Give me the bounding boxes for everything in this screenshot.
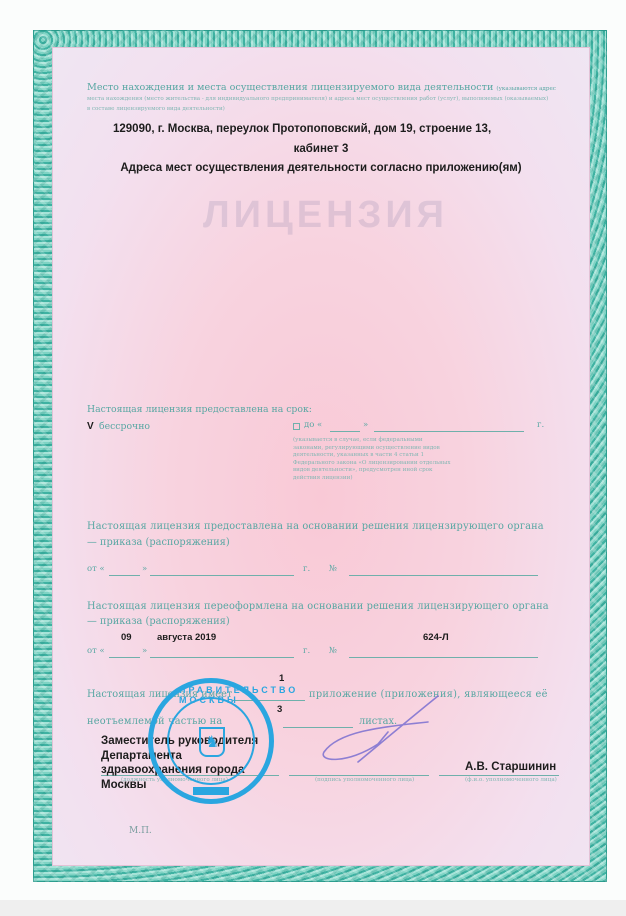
grant-number-label: № bbox=[329, 564, 337, 574]
grant-basis-text-1: Настоящая лицензия предоставлена на осно… bbox=[87, 521, 544, 532]
until-label: до « bbox=[304, 420, 322, 430]
grant-number-field[interactable] bbox=[349, 575, 538, 576]
signature-line bbox=[289, 775, 429, 776]
stamp-bar bbox=[193, 787, 229, 795]
stamp-inner-ring: ♞ bbox=[167, 697, 255, 785]
reissue-number-label: № bbox=[329, 646, 337, 656]
until-day-field[interactable] bbox=[330, 431, 360, 432]
grant-month-year-field[interactable] bbox=[150, 575, 294, 576]
grant-day-field[interactable] bbox=[109, 575, 140, 576]
signature-icon bbox=[318, 692, 458, 772]
reissue-basis-text-2: — приказа (распоряжения) bbox=[87, 616, 230, 627]
reissue-basis-text-1: Настоящая лицензия переоформлена на осно… bbox=[87, 601, 549, 612]
reissue-number-value: 624-Л bbox=[423, 632, 449, 643]
term-label: Настоящая лицензия предоставлена на срок… bbox=[87, 404, 312, 415]
grant-year-suffix: г. bbox=[303, 564, 310, 574]
reissue-day-field[interactable] bbox=[109, 657, 140, 658]
until-quote-close: » bbox=[363, 420, 368, 430]
reissue-month-year-value: августа 2019 bbox=[157, 632, 216, 643]
until-month-year-field[interactable] bbox=[374, 431, 524, 432]
location-note-line-2: места нахождения (место жительства - для… bbox=[87, 96, 587, 104]
reissue-quote-close: » bbox=[142, 646, 147, 656]
signatory-name: А.В. Старшинин bbox=[465, 761, 556, 773]
name-caption: (ф.и.о. уполномоченного лица) bbox=[465, 777, 557, 785]
appendix-count-value: 1 bbox=[279, 673, 284, 684]
reissue-day-value: 09 bbox=[121, 632, 132, 643]
background-watermark: ЛИЦЕНЗИЯ bbox=[203, 194, 448, 237]
location-heading-text: Место нахождения и места осуществления л… bbox=[87, 82, 493, 93]
until-checkbox[interactable] bbox=[293, 423, 300, 430]
until-year-suffix: г. bbox=[537, 420, 544, 430]
address-line-1: 129090, г. Москва, переулок Протопоповск… bbox=[113, 123, 491, 135]
reissue-year-suffix: г. bbox=[303, 646, 310, 656]
reissue-from-label: от « bbox=[87, 646, 105, 656]
name-line bbox=[439, 775, 559, 776]
official-stamp: ПРАВИТЕЛЬСТВО МОСКВЫ ♞ bbox=[148, 678, 274, 804]
appendix-sheets-value: 3 bbox=[277, 704, 282, 715]
indefinite-label: бессрочно bbox=[99, 421, 150, 432]
location-heading-note: (указываются адрес bbox=[496, 86, 556, 92]
reissue-number-field[interactable] bbox=[349, 657, 538, 658]
page-bottom-strip bbox=[0, 900, 626, 916]
seal-label: М.П. bbox=[129, 826, 152, 836]
grant-basis-text-2: — приказа (распоряжения) bbox=[87, 537, 230, 548]
grant-quote-close: » bbox=[142, 564, 147, 574]
indefinite-checkmark[interactable]: V bbox=[87, 421, 94, 432]
address-line-2: кабинет 3 bbox=[53, 143, 589, 155]
moscow-coat-of-arms-icon: ♞ bbox=[199, 727, 225, 757]
activity-places: Адреса мест осуществления деятельности с… bbox=[53, 162, 589, 174]
grant-from-label: от « bbox=[87, 564, 105, 574]
reissue-month-year-field[interactable] bbox=[150, 657, 294, 658]
until-note: (указывается в случае, если федеральными… bbox=[293, 437, 453, 483]
signature-caption: (подпись уполномоченного лица) bbox=[315, 777, 414, 785]
location-note-line-3: в составе лицензируемого вида деятельнос… bbox=[87, 106, 225, 114]
location-heading: Место нахождения и места осуществления л… bbox=[87, 82, 556, 93]
